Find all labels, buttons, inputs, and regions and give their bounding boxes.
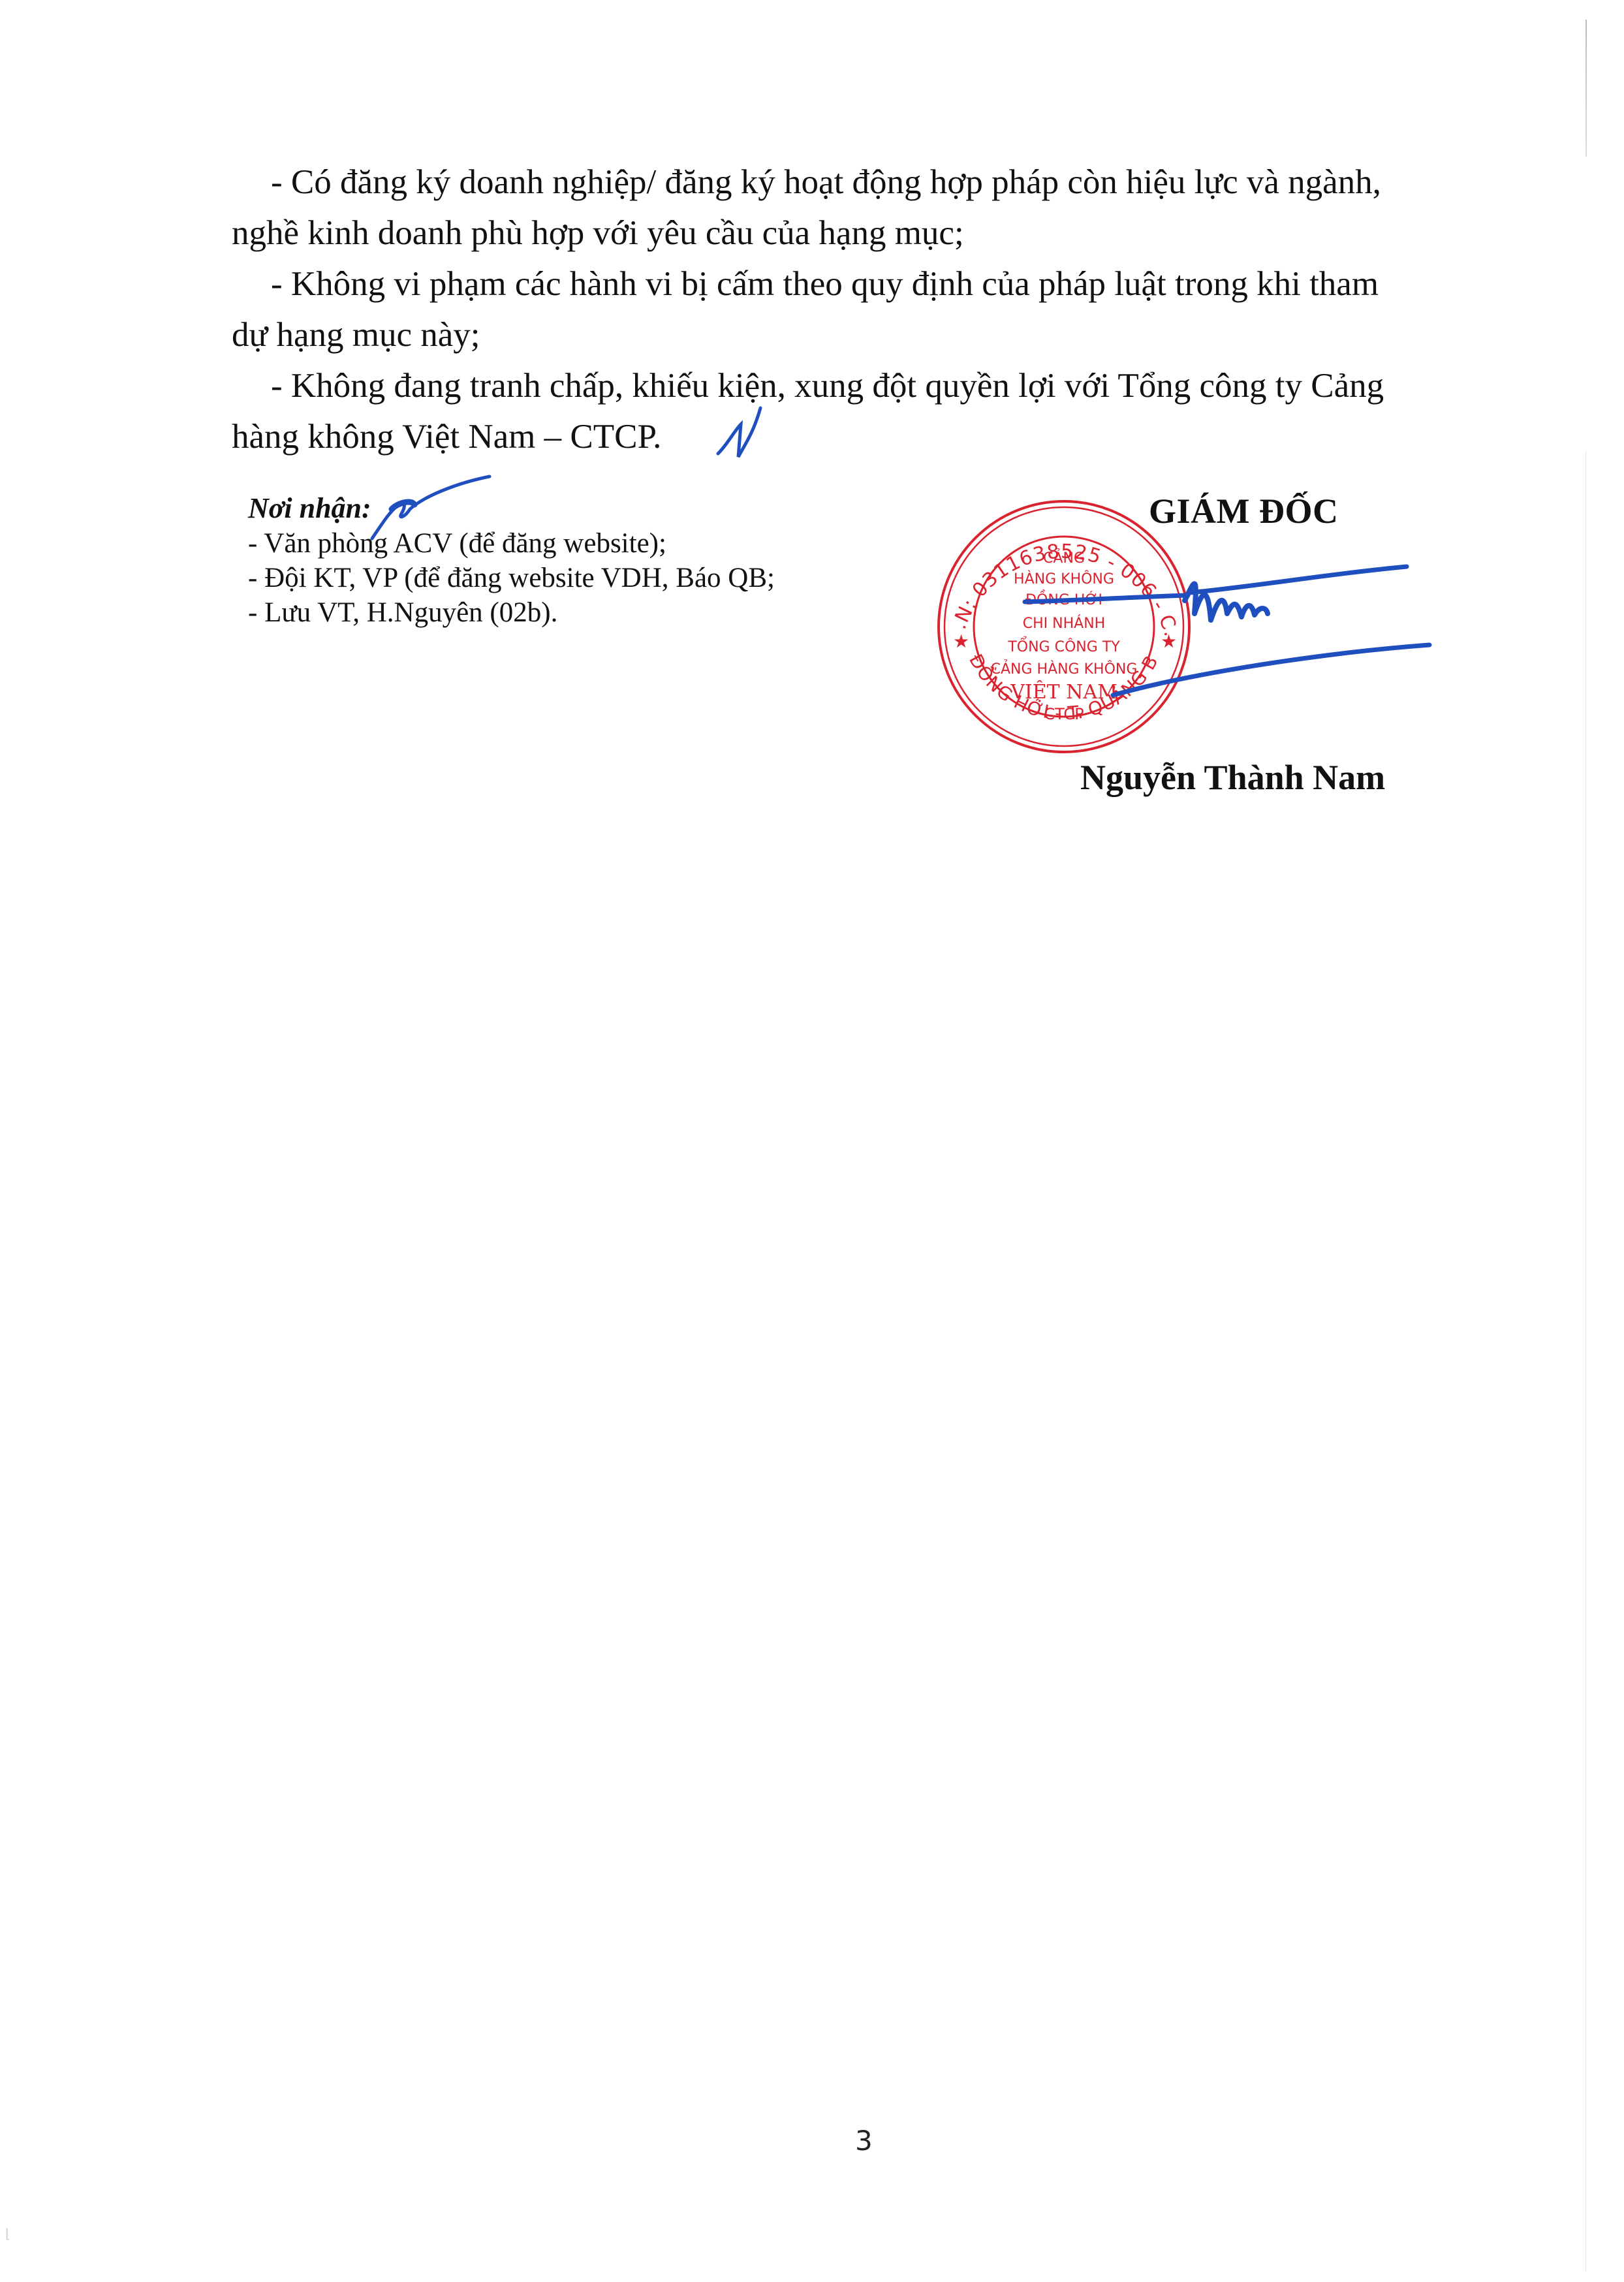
svg-text:VIỆT NAM: VIỆT NAM — [1010, 680, 1117, 704]
paragraph-line: - Không vi phạm các hành vi bị cấm theo … — [271, 265, 1379, 303]
recipient-item: - Văn phòng ACV (để đăng website); — [248, 526, 775, 561]
company-stamp-icon: M.S.C.N: 0311638525 - 006 - C.T.C.P TP. … — [933, 496, 1195, 757]
paragraph-no-dispute: - Không đang tranh chấp, khiếu kiện, xun… — [232, 360, 1521, 462]
recipient-item: - Lưu VT, H.Nguyên (02b). — [248, 595, 775, 630]
page-number: 3 — [855, 2125, 873, 2157]
svg-text:CẢNG: CẢNG — [1043, 549, 1085, 567]
signer-name: Nguyễn Thành Nam — [1080, 757, 1385, 798]
paragraph-line: nghề kinh doanh phù hợp với yêu cầu của … — [193, 208, 1521, 258]
recipient-item: - Đội KT, VP (để đăng website VDH, Báo Q… — [248, 561, 775, 595]
paragraph-line: hàng không Việt Nam – CTCP. — [193, 411, 1521, 462]
scan-edge-line — [1585, 450, 1586, 2272]
document-page: - Có đăng ký doanh nghiệp/ đăng ký hoạt … — [0, 0, 1624, 2282]
scan-artifact: ⌊ — [5, 2226, 10, 2242]
paragraph-line: dự hạng mục này; — [193, 309, 1521, 360]
paragraph-line: - Không đang tranh chấp, khiếu kiện, xun… — [271, 367, 1384, 405]
svg-text:CẢNG HÀNG KHÔNG: CẢNG HÀNG KHÔNG — [991, 660, 1138, 678]
paragraph-no-violation: - Không vi phạm các hành vi bị cấm theo … — [232, 258, 1521, 360]
svg-text:HÀNG KHÔNG: HÀNG KHÔNG — [1014, 570, 1114, 587]
paragraph-line: - Có đăng ký doanh nghiệp/ đăng ký hoạt … — [271, 163, 1381, 201]
document-body: - Có đăng ký doanh nghiệp/ đăng ký hoạt … — [232, 157, 1521, 462]
recipients-block: Nơi nhận: - Văn phòng ACV (để đăng websi… — [248, 491, 775, 630]
svg-text:CHI NHÁNH: CHI NHÁNH — [1023, 615, 1105, 632]
svg-text:ĐỒNG HỚI: ĐỒNG HỚI — [1025, 590, 1102, 608]
paragraph-business-registration: - Có đăng ký doanh nghiệp/ đăng ký hoạt … — [232, 157, 1521, 258]
svg-text:★: ★ — [1161, 631, 1177, 652]
svg-text:TỔNG CÔNG TY: TỔNG CÔNG TY — [1007, 636, 1120, 655]
scan-edge-line — [1585, 20, 1587, 157]
recipients-title: Nơi nhận: — [248, 492, 371, 524]
svg-text:CTCP: CTCP — [1044, 705, 1084, 723]
svg-text:★: ★ — [953, 631, 969, 652]
